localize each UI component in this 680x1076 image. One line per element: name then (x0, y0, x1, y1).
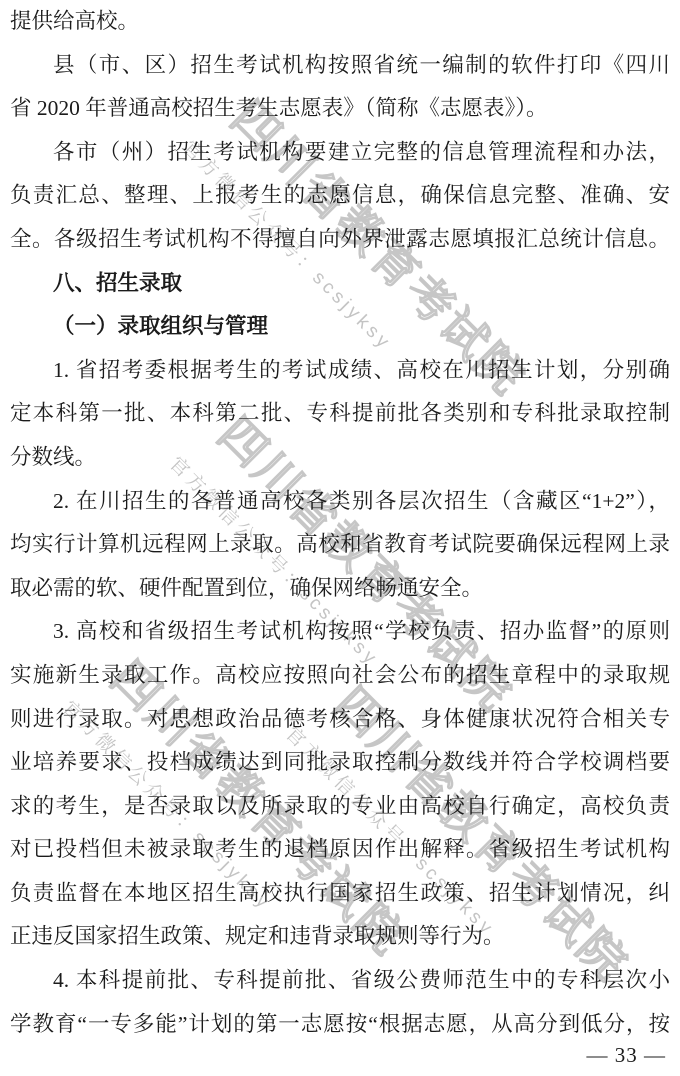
text-line: 3. 高校和省级招生考试机构按照“学校负责、招办监督”的原则 (10, 610, 670, 654)
text-line: 4. 本科提前批、专科提前批、省级公费师范生中的专科层次小 (10, 959, 670, 1003)
subsection-heading: （一）录取组织与管理 (10, 305, 670, 349)
text-line: 省 2020 年普通高校招生考生志愿表》（简称《志愿表》）。 (10, 87, 670, 131)
text-line: 全。各级招生考试机构不得擅自向外界泄露志愿填报汇总统计信息。 (10, 218, 670, 262)
section-heading: 八、招生录取 (10, 262, 670, 306)
text-line: 正违反国家招生政策、规定和违背录取规则等行为。 (10, 915, 670, 959)
text-line: 定本科第一批、本科第二批、专科提前批各类别和专科批录取控制 (10, 392, 670, 436)
document-page: 四川省教育考试院 官方微信公众号：scsjyksy 四川省教育考试院 官方微信公… (0, 0, 680, 1076)
text-line: 负责汇总、整理、上报考生的志愿信息，确保信息完整、准确、安 (10, 174, 670, 218)
text-line: 提供给高校。 (10, 0, 670, 44)
text-line: 县（市、区）招生考试机构按照省统一编制的软件打印《四川 (10, 44, 670, 88)
text-line: 则进行录取。对思想政治品德考核合格、身体健康状况符合相关专 (10, 698, 670, 742)
text-line: 学教育“一专多能”计划的第一志愿按“根据志愿，从高分到低分，按 (10, 1003, 670, 1047)
text-line: 取必需的软、硬件配置到位，确保网络畅通安全。 (10, 567, 670, 611)
text-line: 实施新生录取工作。高校应按照向社会公布的招生章程中的录取规 (10, 654, 670, 698)
text-line: 1. 省招考委根据考生的考试成绩、高校在川招生计划，分别确 (10, 349, 670, 393)
text-line: 求的考生，是否录取以及所录取的专业由高校自行确定，高校负责 (10, 785, 670, 829)
text-line: 分数线。 (10, 436, 670, 480)
text-line: 对已投档但未被录取考生的退档原因作出解释。省级招生考试机构 (10, 828, 670, 872)
page-number: — 33 — (587, 1043, 667, 1068)
text-line: 业培养要求、投档成绩达到同批录取控制分数线并符合学校调档要 (10, 741, 670, 785)
text-line: 负责监督在本地区招生高校执行国家招生政策、招生计划情况，纠 (10, 872, 670, 916)
document-content: 提供给高校。 县（市、区）招生考试机构按照省统一编制的软件打印《四川 省 202… (10, 0, 670, 1046)
text-line: 均实行计算机远程网上录取。高校和省教育考试院要确保远程网上录 (10, 523, 670, 567)
text-line: 2. 在川招生的各普通高校各类别各层次招生（含藏区“1+2”）， (10, 480, 670, 524)
text-line: 各市（州）招生考试机构要建立完整的信息管理流程和办法， (10, 131, 670, 175)
